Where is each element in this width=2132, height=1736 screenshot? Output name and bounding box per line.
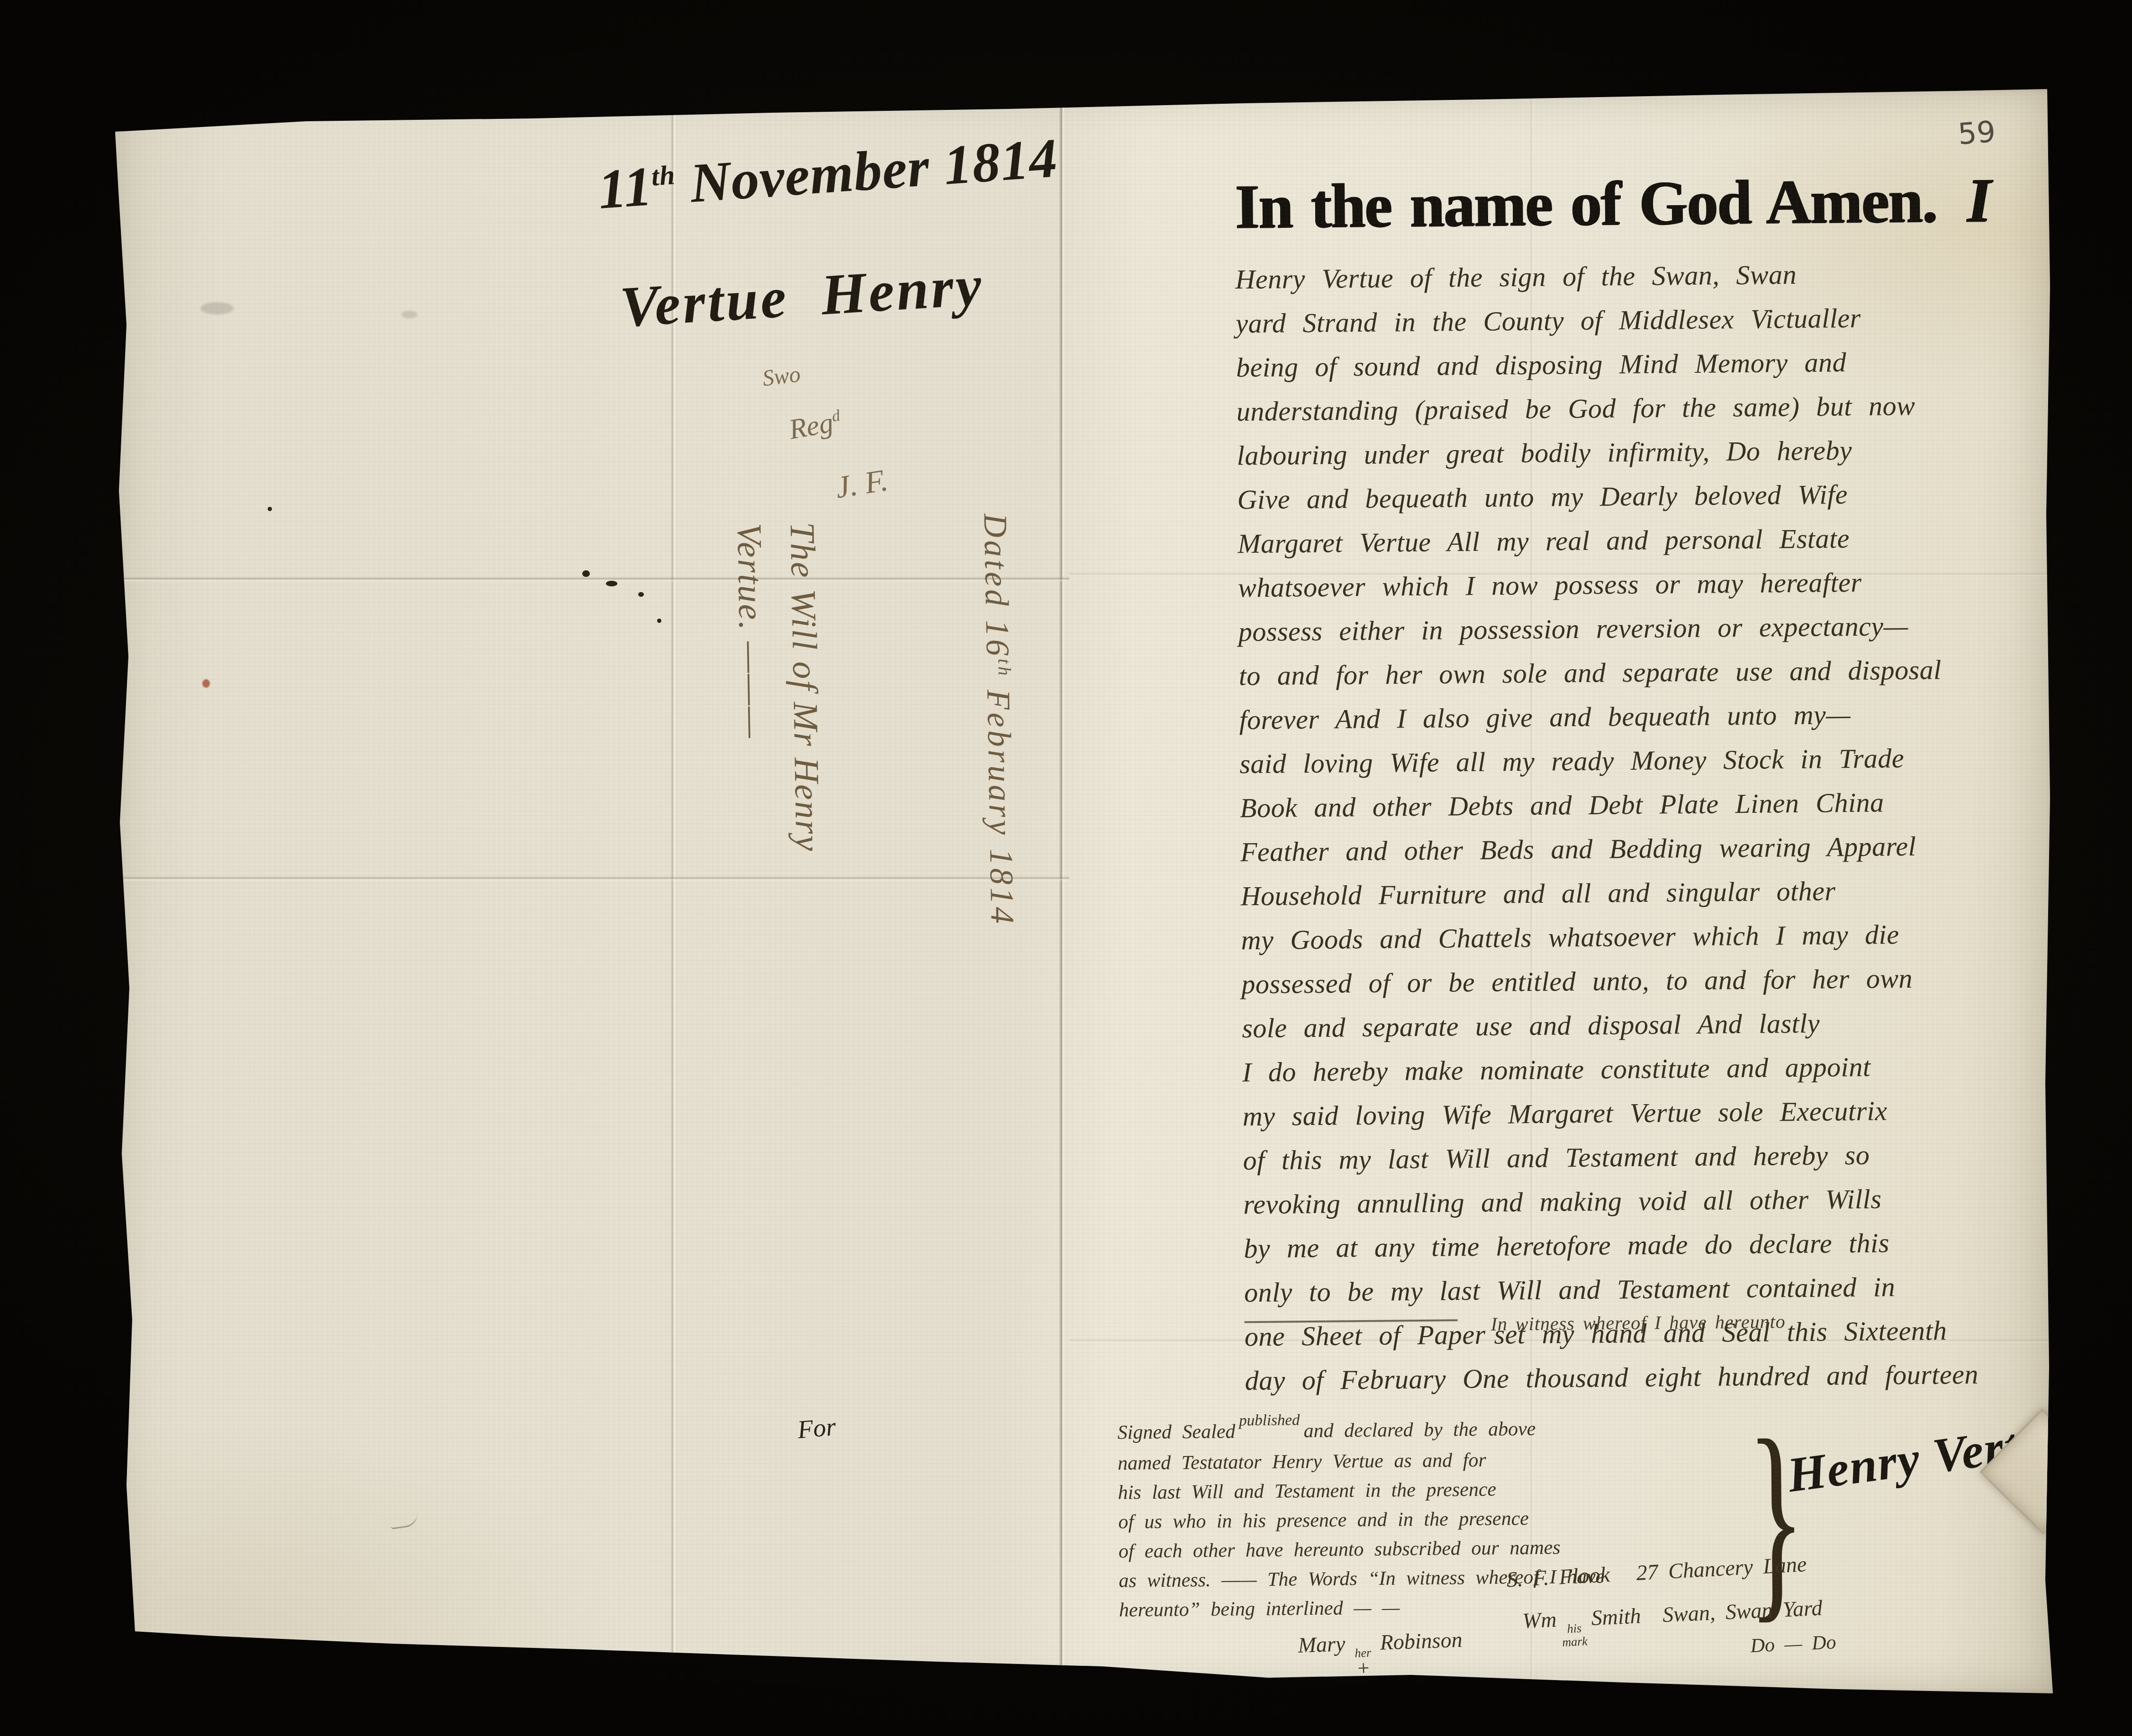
- will-body-lines: Henry Vertue of the sign of the Swan, Sw…: [1235, 250, 2097, 1315]
- attestation-block: Signed Sealedpublishedand declared by th…: [1117, 1414, 1605, 1625]
- heading-text: In the name of God Amen.: [1234, 165, 1936, 241]
- body-line-13: Book and other Debts and Debt Plate Line…: [1240, 779, 2093, 830]
- attestation-brace: }: [1746, 1406, 1806, 1629]
- will-text-page: In the name of God Amen.I Henry Vertue o…: [101, 83, 2062, 1707]
- body-line-18: sole and separate use and disposal And l…: [1242, 999, 2095, 1051]
- page-number: 59: [1957, 114, 1996, 152]
- attestation-line-2: his last Will and Testament in the prese…: [1118, 1474, 1604, 1508]
- body-line-23: by me at any time heretofore made do dec…: [1244, 1219, 2097, 1271]
- attestation-lines: named Testatator Henry Vertue as and for…: [1118, 1445, 1605, 1625]
- body-line-7: Margaret Vertue All my real and personal…: [1238, 514, 2091, 566]
- body-line-15: Household Furniture and all and singular…: [1240, 867, 2094, 918]
- attestation-line-4: of each other have hereunto subscribed o…: [1119, 1533, 1605, 1566]
- smith-his: his: [1567, 1622, 1582, 1636]
- closing-line: day of February One thousand eight hundr…: [1245, 1351, 2098, 1403]
- attestation-line-3: of us who in his presence and in the pre…: [1118, 1503, 1604, 1537]
- witness-signature-robinson: Maryher+markRobinson: [1298, 1627, 1464, 1692]
- body-line-2: yard Strand in the County of Middlesex V…: [1236, 294, 2089, 346]
- body-line-6: Give and bequeath unto my Dearly beloved…: [1237, 470, 2090, 522]
- will-body: Henry Vertue of the sign of the Swan, Sw…: [1235, 250, 2098, 1403]
- will-heading: In the name of God Amen.I: [1234, 163, 1990, 243]
- mary-mark: mark: [1351, 1676, 1377, 1691]
- photo-stage: 11th November 1814 Vertue Henry Swo Regd…: [0, 0, 2132, 1736]
- body-line-8: whatsoever which I now possess or may he…: [1238, 558, 2091, 610]
- mary-mark-stack: her+mark: [1350, 1646, 1377, 1691]
- body-line-22: revoking annulling and making void all o…: [1243, 1175, 2096, 1227]
- mary-surname: Robinson: [1380, 1628, 1463, 1655]
- interlineation-note: In witness whereof I have hereunto: [1491, 1299, 1786, 1346]
- body-line-4: understanding (praised be God for the sa…: [1236, 382, 2089, 434]
- attestation-line-1: named Testatator Henry Vertue as and for: [1118, 1445, 1604, 1478]
- heading-pronoun-i: I: [1966, 165, 1990, 234]
- ditto-marks: Do — Do: [1750, 1631, 1837, 1657]
- attestation-line-1b: and declared by the above: [1304, 1418, 1536, 1442]
- flook-name: S. F. Flook: [1506, 1562, 1610, 1592]
- sheet-line-pre: one Sheet of Paper: [1245, 1319, 1486, 1352]
- will-document-paper: 11th November 1814 Vertue Henry Swo Regd…: [108, 88, 2055, 1694]
- smith-mark-stack: hismark: [1561, 1621, 1588, 1649]
- body-line-19: I do hereby make nominate constitute and…: [1242, 1043, 2096, 1095]
- attestation-line-1: Signed Sealedpublishedand declared by th…: [1117, 1414, 1603, 1449]
- body-line-1: Henry Vertue of the sign of the Swan, Sw…: [1235, 250, 2088, 302]
- attestation-line-1a: Signed Sealed: [1117, 1421, 1235, 1443]
- mary-forename: Mary: [1298, 1631, 1346, 1657]
- body-line-9: possess either in possession reversion o…: [1238, 603, 2091, 654]
- body-line-12: said loving Wife all my ready Money Stoc…: [1239, 735, 2093, 786]
- body-line-3: being of sound and disposing Mind Memory…: [1236, 338, 2089, 390]
- body-line-14: Feather and other Beds and Bedding weari…: [1240, 823, 2094, 874]
- smith-forename: Wm: [1522, 1607, 1557, 1633]
- body-line-sheet: In witness whereof I have hereunto one S…: [1244, 1307, 2097, 1359]
- body-line-17: possessed of or be entitled unto, to and…: [1241, 955, 2095, 1007]
- smith-mark: mark: [1562, 1635, 1588, 1649]
- mary-cross-mark: +: [1357, 1660, 1370, 1677]
- body-line-5: labouring under great bodily infirmity, …: [1237, 426, 2090, 478]
- published-interline: published: [1239, 1412, 1300, 1429]
- body-line-20: my said loving Wife Margaret Vertue sole…: [1242, 1087, 2096, 1139]
- body-line-11: forever And I also give and bequeath unt…: [1239, 691, 2092, 742]
- body-line-21: of this my last Will and Testament and h…: [1243, 1131, 2096, 1183]
- body-line-16: my Goods and Chattels whatsoever which I…: [1241, 911, 2094, 962]
- body-line-10: to and for her own sole and separate use…: [1238, 647, 2092, 698]
- smith-address: Swan, Swan Yard: [1662, 1596, 1823, 1627]
- smith-surname: Smith: [1590, 1603, 1641, 1630]
